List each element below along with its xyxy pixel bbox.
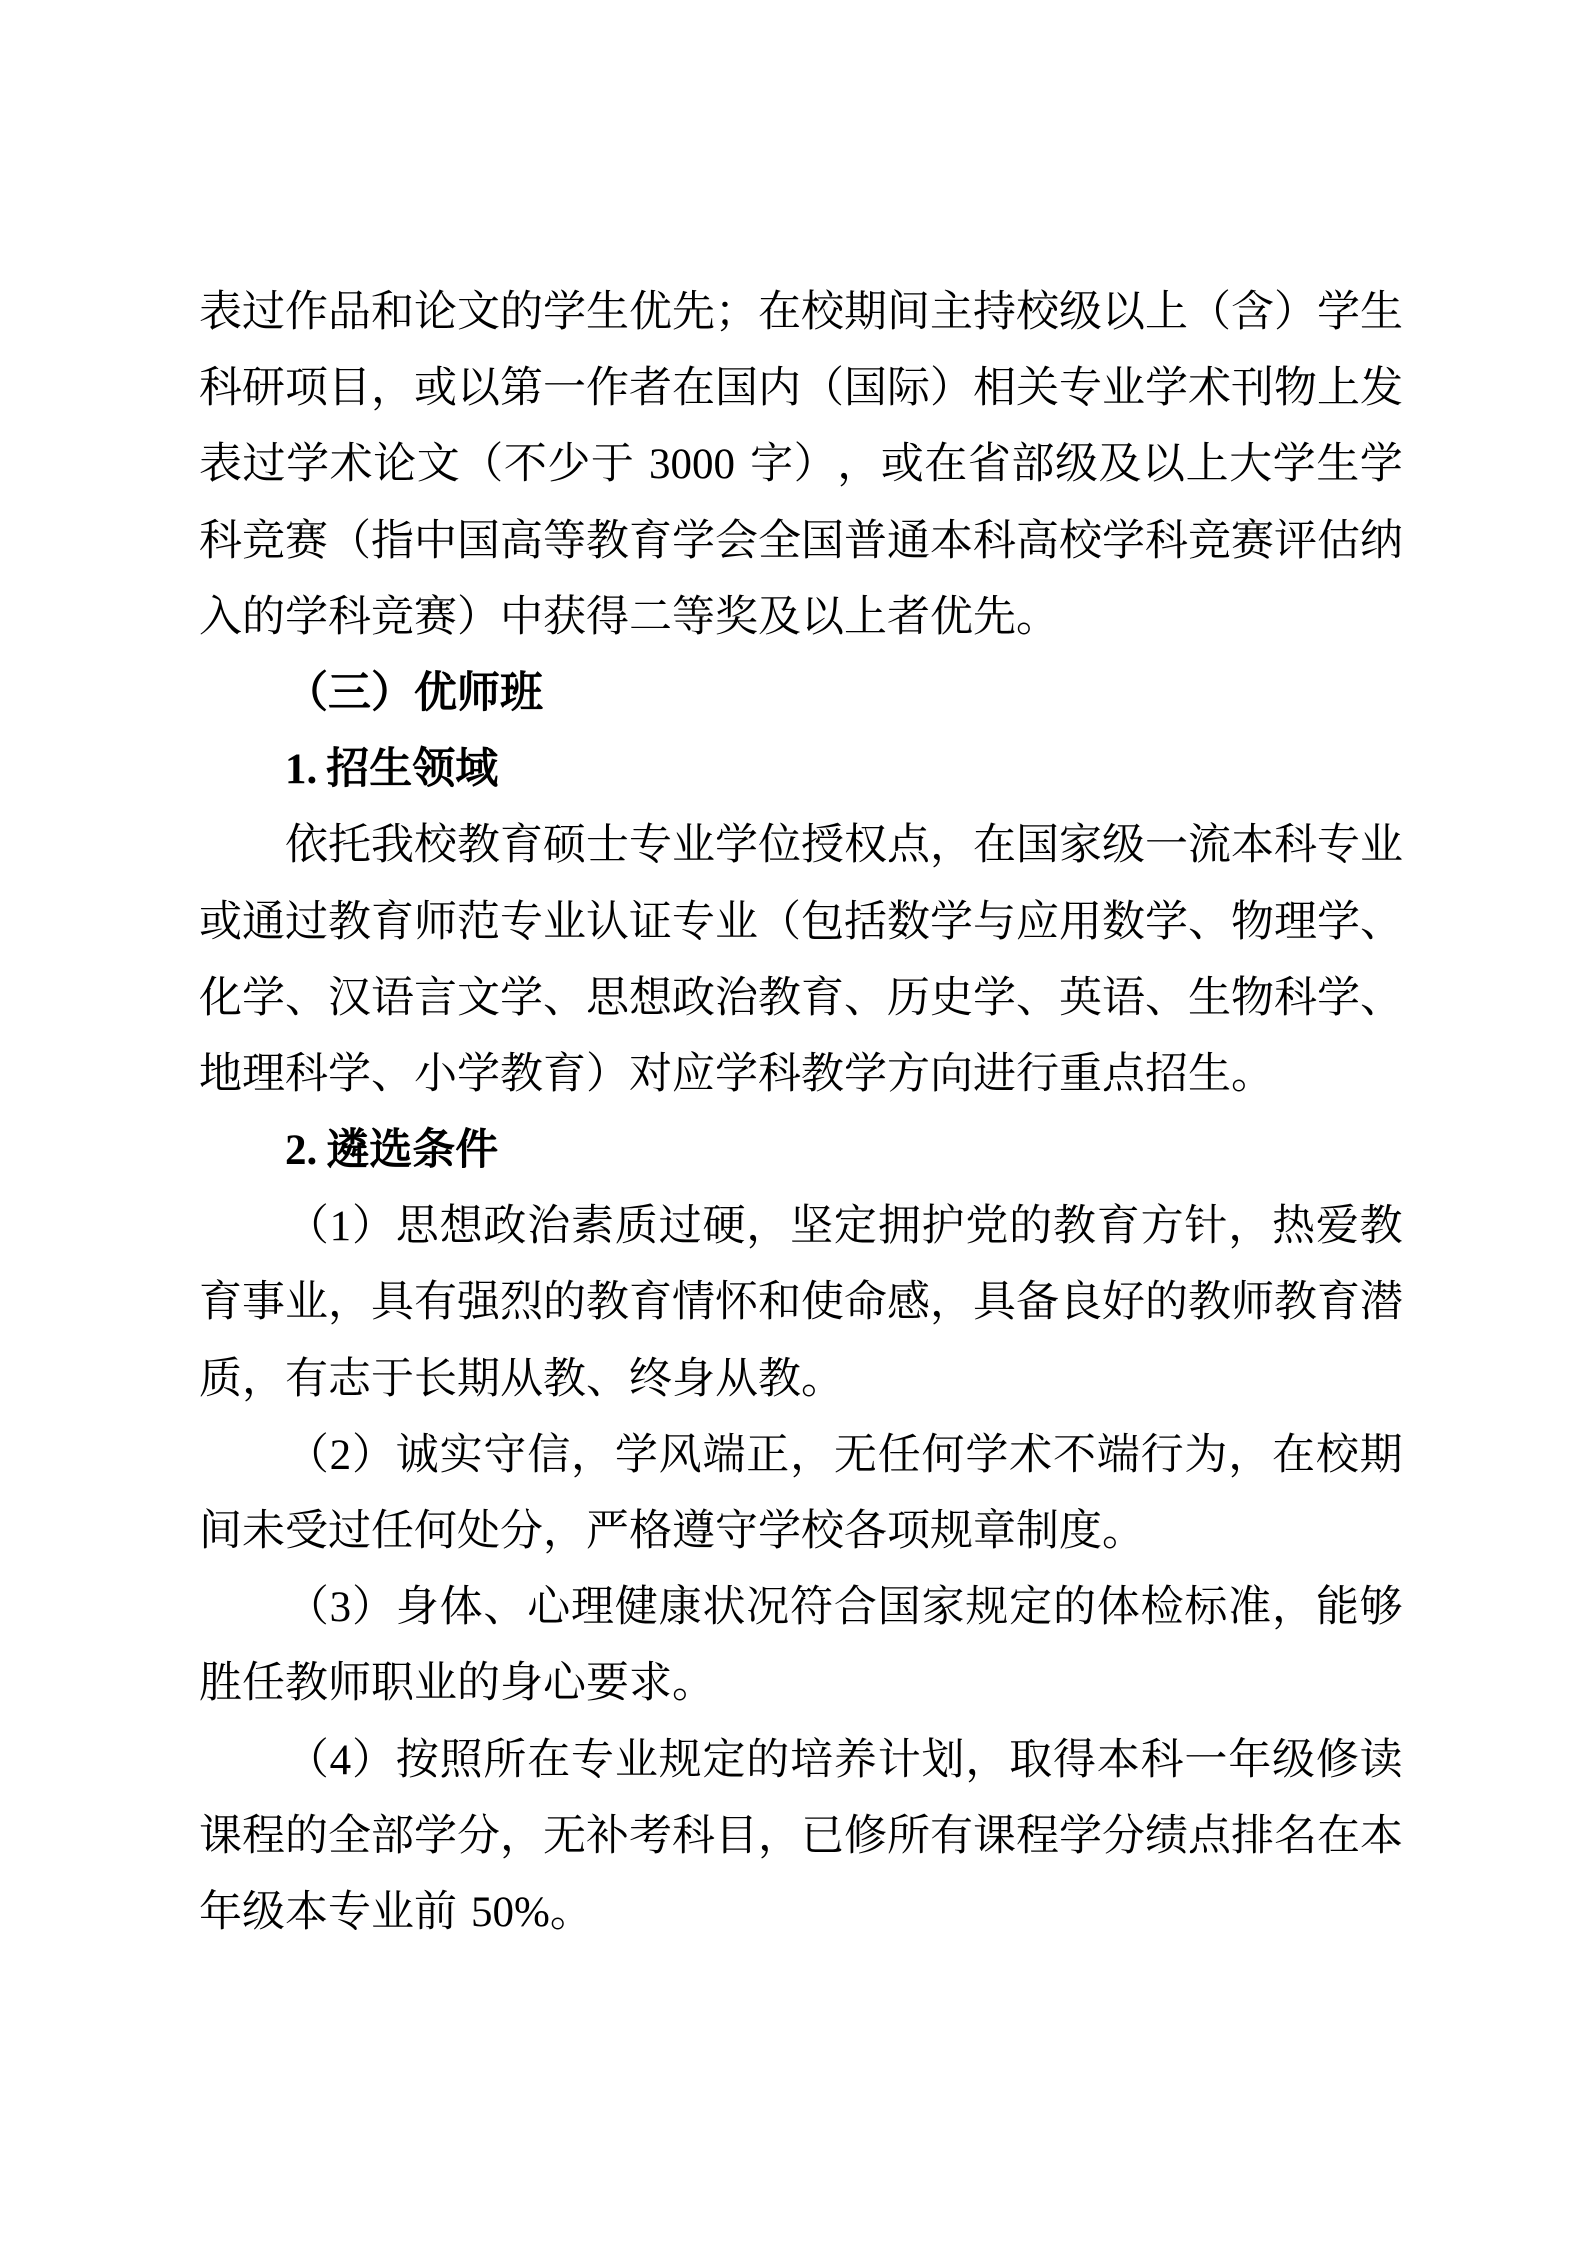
cjk-char: 语 xyxy=(1102,961,1145,1037)
first-line-indent xyxy=(199,1723,285,1799)
cjk-char: 赛 xyxy=(1231,504,1274,580)
cjk-char: 依 xyxy=(285,808,328,884)
cjk-char: 期 xyxy=(844,275,887,351)
cjk-char: 对 xyxy=(629,1037,672,1113)
cjk-char: 级 xyxy=(1272,1723,1315,1799)
cjk-char: 求 xyxy=(629,1646,672,1722)
cjk-char: 表 xyxy=(199,427,242,503)
cjk-char: 育 xyxy=(629,1265,672,1341)
body-text-line: （2）诚实守信，学风端正，无任何学术不端行为，在校期 xyxy=(199,1418,1403,1494)
cjk-char: 三 xyxy=(328,656,371,732)
cjk-char: 术 xyxy=(1009,1418,1052,1494)
latin-run: 1. xyxy=(285,732,317,808)
body-text-line: （4）按照所在专业规定的培养计划，取得本科一年级修读 xyxy=(199,1723,1403,1799)
cjk-char: 及 xyxy=(1098,427,1141,503)
cjk-char: 域 xyxy=(455,732,498,808)
cjk-char: 、 xyxy=(371,1037,414,1113)
cjk-char: （ xyxy=(460,427,503,503)
cjk-char: 通 xyxy=(887,504,930,580)
cjk-char: 物 xyxy=(1231,885,1274,961)
cjk-char: 针 xyxy=(1184,1189,1227,1265)
cjk-char: 。 xyxy=(1231,1037,1274,1113)
cjk-char: 上 xyxy=(1186,427,1229,503)
cjk-char: 教 xyxy=(457,808,500,884)
cjk-char: 学 xyxy=(1273,427,1316,503)
cjk-char: 健 xyxy=(615,1570,658,1646)
cjk-char: 护 xyxy=(922,1189,965,1265)
cjk-char: 教 xyxy=(1053,1189,1096,1265)
cjk-char: 入 xyxy=(199,580,242,656)
cjk-char: 想 xyxy=(440,1189,483,1265)
first-line-indent xyxy=(199,656,285,732)
cjk-char: 合 xyxy=(834,1570,877,1646)
cjk-char: 读 xyxy=(1360,1723,1403,1799)
cjk-char: 志 xyxy=(328,1342,371,1418)
cjk-char: 家 xyxy=(922,1570,965,1646)
cjk-char: （ xyxy=(758,885,801,961)
cjk-char: 论 xyxy=(373,427,416,503)
cjk-char: 守 xyxy=(483,1418,526,1494)
cjk-char: 前 xyxy=(414,1875,457,1951)
cjk-char: 本 xyxy=(285,1875,328,1951)
cjk-char: 权 xyxy=(844,808,887,884)
cjk-char: 学 xyxy=(1145,885,1188,961)
cjk-char: 包 xyxy=(801,885,844,961)
cjk-char: 学 xyxy=(615,1418,658,1494)
cjk-char: 学 xyxy=(844,1037,887,1113)
cjk-char: 校 xyxy=(414,808,457,884)
cjk-char: （ xyxy=(286,1570,329,1646)
cjk-char: 况 xyxy=(746,1570,789,1646)
cjk-char: 补 xyxy=(586,1799,629,1875)
cjk-char: ， xyxy=(500,1799,543,1875)
cjk-char: 学 xyxy=(1145,351,1188,427)
cjk-char: 历 xyxy=(887,961,930,1037)
cjk-char: 过 xyxy=(243,427,286,503)
cjk-char: 方 xyxy=(1141,1189,1184,1265)
cjk-char: 命 xyxy=(844,1265,887,1341)
cjk-char: 上 xyxy=(844,580,887,656)
cjk-char: 术 xyxy=(330,427,373,503)
body-text-line: 地理科学、小学教育）对应学科教学方向进行重点招生。 xyxy=(199,1037,1403,1113)
cjk-char: ， xyxy=(1228,1189,1271,1265)
cjk-char: 的 xyxy=(242,580,285,656)
cjk-char: ， xyxy=(328,1265,371,1341)
cjk-char: 及 xyxy=(758,580,801,656)
cjk-char: 坚 xyxy=(790,1189,833,1265)
cjk-char: 专 xyxy=(500,885,543,961)
cjk-char: 赛 xyxy=(414,580,457,656)
cjk-char: 或 xyxy=(414,351,457,427)
cjk-char: ， xyxy=(746,1189,789,1265)
cjk-char: 等 xyxy=(672,580,715,656)
cjk-char: 强 xyxy=(457,1265,500,1341)
cjk-char: 科 xyxy=(285,1037,328,1113)
cjk-char: 史 xyxy=(930,961,973,1037)
body-text-line: 或通过教育师范专业认证专业（包括数学与应用数学、物理学、 xyxy=(199,885,1403,961)
cjk-char: 培 xyxy=(790,1723,833,1799)
cjk-char: 学 xyxy=(1317,275,1360,351)
cjk-char: 划 xyxy=(922,1723,965,1799)
cjk-char: 科 xyxy=(1274,808,1317,884)
cjk-char: 爱 xyxy=(1316,1189,1359,1265)
cjk-char: 、 xyxy=(844,961,887,1037)
cjk-char: 理 xyxy=(571,1570,614,1646)
cjk-char: ， xyxy=(790,1418,833,1494)
cjk-char: 从 xyxy=(500,1342,543,1418)
cjk-char: 育 xyxy=(1097,1189,1140,1265)
cjk-char: 从 xyxy=(715,1342,758,1418)
cjk-char: 业 xyxy=(672,808,715,884)
cjk-char: 学 xyxy=(1059,1799,1102,1875)
cjk-char: 的 xyxy=(1009,1189,1052,1265)
cjk-char: ， xyxy=(1228,1418,1271,1494)
body-text-line: 表过作品和论文的学生优先；在校期间主持校级以上（含）学生 xyxy=(199,275,1403,351)
section-heading: 2.遴选条件 xyxy=(199,1113,1403,1189)
cjk-char: 高 xyxy=(500,504,543,580)
cjk-char: 守 xyxy=(715,1494,758,1570)
cjk-char: 无 xyxy=(543,1799,586,1875)
cjk-char: 国 xyxy=(878,1570,921,1646)
cjk-char: 体 xyxy=(1097,1570,1140,1646)
cjk-char: 或 xyxy=(881,427,924,503)
cjk-char: 专 xyxy=(328,1875,371,1951)
word-space xyxy=(457,1875,471,1951)
cjk-char: 、 xyxy=(483,1570,526,1646)
cjk-char: 领 xyxy=(412,732,455,808)
cjk-char: 奖 xyxy=(715,580,758,656)
cjk-char: 按 xyxy=(396,1723,439,1799)
cjk-char: 先 xyxy=(672,275,715,351)
cjk-char: ， xyxy=(930,1265,973,1341)
cjk-char: 优 xyxy=(414,656,457,732)
body-text-line: 间未受过任何处分，严格遵守学校各项规章制度。 xyxy=(199,1494,1403,1570)
cjk-char: 党 xyxy=(965,1189,1008,1265)
cjk-char: 学 xyxy=(1317,961,1360,1037)
cjk-char: 已 xyxy=(801,1799,844,1875)
cjk-char: 项 xyxy=(285,351,328,427)
cjk-char: 。 xyxy=(1016,580,1059,656)
cjk-char: 、 xyxy=(1360,961,1403,1037)
cjk-char: 生 xyxy=(1188,961,1231,1037)
cjk-char: ） xyxy=(352,1418,395,1494)
cjk-char: 语 xyxy=(371,961,414,1037)
cjk-char: 间 xyxy=(199,1494,242,1570)
cjk-char: 高 xyxy=(1016,504,1059,580)
cjk-char: 思 xyxy=(396,1189,439,1265)
cjk-char: 教 xyxy=(285,1646,328,1722)
cjk-char: 国 xyxy=(844,351,887,427)
cjk-char: 论 xyxy=(414,275,457,351)
cjk-char: 所 xyxy=(887,1799,930,1875)
cjk-char: 任 xyxy=(371,1494,414,1570)
cjk-char: （ xyxy=(286,1418,329,1494)
cjk-char: 具 xyxy=(371,1265,414,1341)
cjk-char: 托 xyxy=(328,808,371,884)
cjk-char: 科 xyxy=(1141,1723,1184,1799)
cjk-char: 校 xyxy=(1316,1418,1359,1494)
cjk-char: （ xyxy=(286,1723,329,1799)
cjk-char: 以 xyxy=(1142,427,1185,503)
cjk-char: 政 xyxy=(483,1189,526,1265)
cjk-char: 检 xyxy=(1141,1570,1184,1646)
cjk-char: 相 xyxy=(973,351,1016,427)
cjk-char: 地 xyxy=(199,1037,242,1113)
cjk-char: 教 xyxy=(1188,1265,1231,1341)
cjk-char: 授 xyxy=(801,808,844,884)
cjk-char: 得 xyxy=(586,580,629,656)
cjk-char: 际 xyxy=(887,351,930,427)
cjk-char: 位 xyxy=(758,808,801,884)
cjk-char: 养 xyxy=(834,1723,877,1799)
first-line-indent xyxy=(199,1570,285,1646)
cjk-char: 师 xyxy=(414,885,457,961)
cjk-char: 专 xyxy=(672,885,715,961)
cjk-char: 部 xyxy=(371,1799,414,1875)
cjk-char: 实 xyxy=(440,1418,483,1494)
cjk-char: 有 xyxy=(414,1265,457,1341)
body-text-line: 质，有志于长期从教、终身从教。 xyxy=(199,1342,1403,1418)
cjk-char: 文 xyxy=(417,427,460,503)
cjk-char: 校 xyxy=(1059,504,1102,580)
cjk-char: 、 xyxy=(586,1342,629,1418)
cjk-char: 所 xyxy=(483,1723,526,1799)
cjk-char: 制 xyxy=(1016,1494,1059,1570)
cjk-char: 康 xyxy=(659,1570,702,1646)
cjk-char: 本 xyxy=(1097,1723,1140,1799)
cjk-char: 政 xyxy=(672,961,715,1037)
cjk-char: 端 xyxy=(702,1418,745,1494)
cjk-char: 诚 xyxy=(396,1418,439,1494)
cjk-char: 学 xyxy=(715,808,758,884)
cjk-char: 者 xyxy=(629,351,672,427)
cjk-char: 质 xyxy=(199,1342,242,1418)
cjk-char: 全 xyxy=(758,504,801,580)
cjk-char: 数 xyxy=(887,885,930,961)
cjk-char: 风 xyxy=(659,1418,702,1494)
cjk-char: 学 xyxy=(1102,504,1145,580)
cjk-char: ） xyxy=(794,427,837,503)
cjk-char: 在 xyxy=(924,427,967,503)
cjk-char: 要 xyxy=(586,1646,629,1722)
cjk-char: 二 xyxy=(629,580,672,656)
cjk-char: 学 xyxy=(715,1037,758,1113)
cjk-char: 部 xyxy=(1011,427,1054,503)
cjk-char: 过 xyxy=(328,1494,371,1570)
cjk-char: 指 xyxy=(371,504,414,580)
cjk-char: 我 xyxy=(371,808,414,884)
cjk-char: 备 xyxy=(1016,1265,1059,1341)
cjk-char: 准 xyxy=(1228,1570,1271,1646)
cjk-char: 、 xyxy=(1145,961,1188,1037)
cjk-char: 赛 xyxy=(285,504,328,580)
cjk-char: 取 xyxy=(1009,1723,1052,1799)
cjk-char: 遵 xyxy=(672,1494,715,1570)
cjk-char: 照 xyxy=(440,1723,483,1799)
cjk-char: 长 xyxy=(414,1342,457,1418)
cjk-char: 第 xyxy=(500,351,543,427)
cjk-char: 竞 xyxy=(242,504,285,580)
cjk-char: 排 xyxy=(1231,1799,1274,1875)
cjk-char: 有 xyxy=(930,1799,973,1875)
cjk-char: ） xyxy=(371,656,414,732)
cjk-char: 能 xyxy=(1316,1570,1359,1646)
cjk-char: 理 xyxy=(242,1037,285,1113)
body-text-line: 科竞赛（指中国高等教育学会全国普通本科高校学科竞赛评估纳 xyxy=(199,504,1403,580)
cjk-char: 学 xyxy=(414,1799,457,1875)
cjk-char: 认 xyxy=(586,885,629,961)
cjk-char: 于 xyxy=(591,427,634,503)
cjk-char: 全 xyxy=(328,1799,371,1875)
cjk-char: 课 xyxy=(973,1799,1016,1875)
section-heading: （三）优师班 xyxy=(199,656,1403,732)
cjk-char: 章 xyxy=(973,1494,1016,1570)
cjk-char: 小 xyxy=(414,1037,457,1113)
cjk-char: 评 xyxy=(1274,504,1317,580)
cjk-char: 生 xyxy=(1316,427,1359,503)
cjk-char: ） xyxy=(457,580,500,656)
cjk-char: 育 xyxy=(371,885,414,961)
cjk-char: 在 xyxy=(973,808,1016,884)
cjk-char: 条 xyxy=(412,1113,455,1189)
cjk-char: 内 xyxy=(758,351,801,427)
cjk-char: 修 xyxy=(844,1799,887,1875)
cjk-char: 以 xyxy=(457,351,500,427)
cjk-char: 任 xyxy=(878,1418,921,1494)
cjk-char: 的 xyxy=(543,1265,586,1341)
cjk-char: 身 xyxy=(500,1646,543,1722)
cjk-char: 潜 xyxy=(1360,1265,1403,1341)
cjk-char: 学 xyxy=(286,427,329,503)
cjk-char: 学 xyxy=(500,961,543,1037)
cjk-char: 校 xyxy=(801,1494,844,1570)
cjk-char: 进 xyxy=(973,1037,1016,1113)
cjk-char: 教 xyxy=(586,504,629,580)
cjk-char: 无 xyxy=(834,1418,877,1494)
cjk-char: 级 xyxy=(1102,808,1145,884)
cjk-char: 学 xyxy=(758,1494,801,1570)
body-text-line: （1）思想政治素质过硬，坚定拥护党的教育方针，热爱教 xyxy=(199,1189,1403,1265)
cjk-char: 刊 xyxy=(1231,351,1274,427)
cjk-char: 级 xyxy=(1055,427,1098,503)
cjk-char: 年 xyxy=(199,1875,242,1951)
cjk-char: 身 xyxy=(396,1570,439,1646)
cjk-char: 感 xyxy=(887,1265,930,1341)
cjk-char: 育 xyxy=(629,504,672,580)
cjk-char: 学 xyxy=(973,961,1016,1037)
cjk-char: 会 xyxy=(715,504,758,580)
cjk-char: 招 xyxy=(1145,1037,1188,1113)
cjk-char: 严 xyxy=(586,1494,629,1570)
cjk-char: 通 xyxy=(242,885,285,961)
first-line-indent xyxy=(199,1418,285,1494)
latin-run: 3 xyxy=(330,1570,352,1646)
latin-run: 1 xyxy=(330,1189,352,1265)
body-text-line: 课程的全部学分，无补考科目，已修所有课程学分绩点排名在本 xyxy=(199,1799,1403,1875)
cjk-char: 教 xyxy=(758,1342,801,1418)
body-text-line: 育事业，具有强烈的教育情怀和使命感，具备良好的教师教育潜 xyxy=(199,1265,1403,1341)
cjk-char: 一 xyxy=(1184,1723,1227,1799)
cjk-char: 点 xyxy=(1188,1799,1231,1875)
first-line-indent xyxy=(199,732,285,808)
cjk-char: 教 xyxy=(328,885,371,961)
section-heading: 1.招生领域 xyxy=(199,732,1403,808)
cjk-char: 、 xyxy=(543,961,586,1037)
cjk-char: 学 xyxy=(672,504,715,580)
cjk-char: 程 xyxy=(1016,1799,1059,1875)
cjk-char: 者 xyxy=(887,580,930,656)
cjk-char: 的 xyxy=(285,1799,328,1875)
cjk-char: 烈 xyxy=(500,1265,543,1341)
cjk-char: 良 xyxy=(1059,1265,1102,1341)
document-page: 表过作品和论文的学生优先；在校期间主持校级以上（含）学生科研项目，或以第一作者在… xyxy=(0,0,1587,2245)
cjk-char: 。 xyxy=(801,1342,844,1418)
cjk-char: 班 xyxy=(500,656,543,732)
cjk-char: 够 xyxy=(1360,1570,1403,1646)
cjk-char: 格 xyxy=(629,1494,672,1570)
cjk-char: 优 xyxy=(629,275,672,351)
cjk-char: 省 xyxy=(968,427,1011,503)
cjk-char: ， xyxy=(758,1799,801,1875)
cjk-char: 发 xyxy=(1360,351,1403,427)
cjk-char: 未 xyxy=(242,1494,285,1570)
cjk-char: 在 xyxy=(527,1723,570,1799)
cjk-char: （ xyxy=(286,1189,329,1265)
cjk-char: 得 xyxy=(1053,1723,1096,1799)
cjk-char: 分 xyxy=(1102,1799,1145,1875)
cjk-char: 生 xyxy=(1188,1037,1231,1113)
cjk-char: 质 xyxy=(615,1189,658,1265)
cjk-char: 遴 xyxy=(326,1113,369,1189)
cjk-char: 学 xyxy=(1317,885,1360,961)
cjk-char: 专 xyxy=(1317,808,1360,884)
cjk-char: 受 xyxy=(285,1494,328,1570)
cjk-char: 关 xyxy=(1016,351,1059,427)
first-line-indent xyxy=(199,1189,285,1265)
cjk-char: 上 xyxy=(1145,275,1188,351)
cjk-char: 分 xyxy=(457,1799,500,1875)
cjk-char: 、 xyxy=(1016,961,1059,1037)
cjk-char: 育 xyxy=(801,961,844,1037)
cjk-char: 学 xyxy=(457,1037,500,1113)
cjk-char: 。 xyxy=(1102,1494,1145,1570)
word-space xyxy=(634,427,648,503)
cjk-char: 课 xyxy=(199,1799,242,1875)
cjk-char: 术 xyxy=(1188,351,1231,427)
cjk-char: 字 xyxy=(750,427,793,503)
cjk-char: 竞 xyxy=(1188,504,1231,580)
cjk-char: ， xyxy=(837,427,880,503)
cjk-char: 在 xyxy=(672,351,715,427)
cjk-char: 过 xyxy=(659,1189,702,1265)
cjk-char: 本 xyxy=(1360,1799,1403,1875)
cjk-char: 中 xyxy=(500,580,543,656)
cjk-char: 定 xyxy=(702,1723,745,1799)
cjk-char: 规 xyxy=(659,1723,702,1799)
cjk-char: 与 xyxy=(973,885,1016,961)
body-text-line: 科研项目，或以第一作者在国内（国际）相关专业学术刊物上发 xyxy=(199,351,1403,427)
cjk-char: 育 xyxy=(543,1037,586,1113)
cjk-char: 信 xyxy=(527,1418,570,1494)
cjk-char: 学 xyxy=(1360,427,1403,503)
cjk-char: 目 xyxy=(715,1799,758,1875)
cjk-char: 定 xyxy=(1009,1570,1052,1646)
cjk-char: 应 xyxy=(672,1037,715,1113)
cjk-char: 、 xyxy=(285,961,328,1037)
cjk-char: 、 xyxy=(1188,885,1231,961)
cjk-char: 行 xyxy=(1141,1418,1184,1494)
cjk-char: ） xyxy=(1274,275,1317,351)
